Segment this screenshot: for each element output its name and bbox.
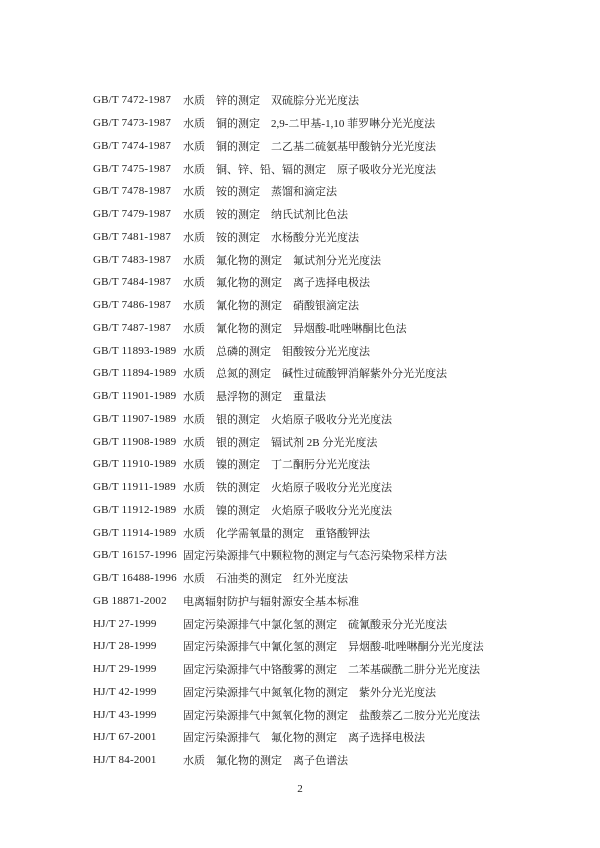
standard-code: HJ/T 84-2001 — [93, 754, 183, 766]
standard-code: GB/T 11893-1989 — [93, 345, 183, 357]
standard-description: 水质 铜、锌、铅、镉的测定 原子吸收分光光度法 — [183, 161, 570, 177]
standard-code: HJ/T 27-1999 — [93, 618, 183, 630]
standard-code: GB/T 11912-1989 — [93, 504, 183, 516]
standard-code: GB/T 7479-1987 — [93, 208, 183, 220]
table-row: GB/T 11894-1989水质 总氮的测定 碱性过硫酸钾消解紫外分光光度法 — [93, 362, 570, 385]
table-row: GB/T 7479-1987水质 铵的测定 纳氏试剂比色法 — [93, 203, 570, 226]
standard-code: GB/T 7486-1987 — [93, 299, 183, 311]
standard-code: GB/T 11908-1989 — [93, 436, 183, 448]
standard-description: 水质 总磷的测定 钼酸铵分光光度法 — [183, 343, 570, 359]
standard-description: 水质 氟化物的测定 离子选择电极法 — [183, 274, 570, 290]
standard-code: HJ/T 43-1999 — [93, 709, 183, 721]
standard-code: HJ/T 42-1999 — [93, 686, 183, 698]
standard-code: GB/T 11907-1989 — [93, 413, 183, 425]
standard-code: GB/T 7484-1987 — [93, 276, 183, 288]
standard-description: 水质 铵的测定 水杨酸分光光度法 — [183, 229, 570, 245]
table-row: HJ/T 43-1999固定污染源排气中氮氧化物的测定 盐酸萘乙二胺分光光度法 — [93, 703, 570, 726]
standard-code: GB/T 7487-1987 — [93, 322, 183, 334]
standard-description: 水质 铵的测定 纳氏试剂比色法 — [183, 206, 570, 222]
table-row: GB/T 7474-1987水质 铜的测定 二乙基二硫氨基甲酸钠分光光度法 — [93, 135, 570, 158]
standard-description: 水质 镍的测定 丁二酮肟分光光度法 — [183, 456, 570, 472]
standard-code: GB/T 7473-1987 — [93, 117, 183, 129]
standard-description: 水质 银的测定 镉试剂 2B 分光光度法 — [183, 434, 570, 450]
standard-code: GB 18871-2002 — [93, 595, 183, 607]
standard-code: GB/T 7478-1987 — [93, 185, 183, 197]
table-row: GB/T 7478-1987水质 铵的测定 蒸馏和滴定法 — [93, 180, 570, 203]
table-row: GB/T 11901-1989水质 悬浮物的测定 重量法 — [93, 385, 570, 408]
standard-description: 水质 铵的测定 蒸馏和滴定法 — [183, 183, 570, 199]
standard-description: 固定污染源排气 氟化物的测定 离子选择电极法 — [183, 729, 570, 745]
standard-description: 水质 化学需氧量的测定 重铬酸钾法 — [183, 525, 570, 541]
page-number: 2 — [0, 783, 600, 795]
table-row: HJ/T 27-1999固定污染源排气中氯化氢的测定 硫氰酸汞分光光度法 — [93, 612, 570, 635]
table-row: GB/T 7472-1987水质 锌的测定 双硫腙分光光度法 — [93, 89, 570, 112]
table-row: GB/T 7486-1987水质 氰化物的测定 硝酸银滴定法 — [93, 294, 570, 317]
standard-code: GB/T 11914-1989 — [93, 527, 183, 539]
table-row: GB/T 7484-1987水质 氟化物的测定 离子选择电极法 — [93, 271, 570, 294]
table-row: GB/T 7481-1987水质 铵的测定 水杨酸分光光度法 — [93, 226, 570, 249]
standard-description: 水质 氰化物的测定 异烟酸-吡唑啉酮比色法 — [183, 320, 570, 336]
standard-code: GB/T 7481-1987 — [93, 231, 183, 243]
table-row: HJ/T 28-1999固定污染源排气中氰化氢的测定 异烟酸-吡唑啉酮分光光度法 — [93, 635, 570, 658]
standard-description: 固定污染源排气中颗粒物的测定与气态污染物采样方法 — [183, 547, 570, 563]
standard-code: GB/T 7475-1987 — [93, 163, 183, 175]
table-row: GB/T 11908-1989水质 银的测定 镉试剂 2B 分光光度法 — [93, 430, 570, 453]
standard-code: GB/T 7483-1987 — [93, 254, 183, 266]
standard-description: 水质 锌的测定 双硫腙分光光度法 — [183, 92, 570, 108]
standard-description: 电离辐射防护与辐射源安全基本标准 — [183, 593, 570, 609]
table-row: GB/T 11907-1989水质 银的测定 火焰原子吸收分光光度法 — [93, 408, 570, 431]
standard-description: 固定污染源排气中氯化氢的测定 硫氰酸汞分光光度法 — [183, 616, 570, 632]
standard-code: GB/T 7474-1987 — [93, 140, 183, 152]
standard-code: GB/T 11910-1989 — [93, 458, 183, 470]
table-row: GB/T 11914-1989水质 化学需氧量的测定 重铬酸钾法 — [93, 521, 570, 544]
standard-code: GB/T 7472-1987 — [93, 94, 183, 106]
standard-description: 水质 镍的测定 火焰原子吸收分光光度法 — [183, 502, 570, 518]
standard-description: 水质 银的测定 火焰原子吸收分光光度法 — [183, 411, 570, 427]
table-row: HJ/T 67-2001固定污染源排气 氟化物的测定 离子选择电极法 — [93, 726, 570, 749]
standard-description: 水质 悬浮物的测定 重量法 — [183, 388, 570, 404]
table-row: HJ/T 42-1999固定污染源排气中氮氧化物的测定 紫外分光光度法 — [93, 681, 570, 704]
standards-list: GB/T 7472-1987水质 锌的测定 双硫腙分光光度法GB/T 7473-… — [93, 89, 570, 772]
standard-code: HJ/T 29-1999 — [93, 663, 183, 675]
table-row: GB 18871-2002电离辐射防护与辐射源安全基本标准 — [93, 590, 570, 613]
table-row: GB/T 11912-1989水质 镍的测定 火焰原子吸收分光光度法 — [93, 499, 570, 522]
standard-description: 水质 氰化物的测定 硝酸银滴定法 — [183, 297, 570, 313]
standard-code: GB/T 16157-1996 — [93, 549, 183, 561]
table-row: GB/T 16157-1996固定污染源排气中颗粒物的测定与气态污染物采样方法 — [93, 544, 570, 567]
table-row: GB/T 7483-1987水质 氟化物的测定 氟试剂分光光度法 — [93, 248, 570, 271]
document-page: GB/T 7472-1987水质 锌的测定 双硫腙分光光度法GB/T 7473-… — [0, 0, 600, 848]
standard-description: 水质 总氮的测定 碱性过硫酸钾消解紫外分光光度法 — [183, 365, 570, 381]
table-row: GB/T 11893-1989水质 总磷的测定 钼酸铵分光光度法 — [93, 339, 570, 362]
standard-code: GB/T 11894-1989 — [93, 367, 183, 379]
table-row: GB/T 7487-1987水质 氰化物的测定 异烟酸-吡唑啉酮比色法 — [93, 317, 570, 340]
table-row: GB/T 11910-1989水质 镍的测定 丁二酮肟分光光度法 — [93, 453, 570, 476]
table-row: HJ/T 84-2001水质 氟化物的测定 离子色谱法 — [93, 749, 570, 772]
table-row: GB/T 16488-1996水质 石油类的测定 红外光度法 — [93, 567, 570, 590]
standard-description: 固定污染源排气中氰化氢的测定 异烟酸-吡唑啉酮分光光度法 — [183, 638, 570, 654]
standard-code: GB/T 11911-1989 — [93, 481, 183, 493]
standard-description: 固定污染源排气中氮氧化物的测定 盐酸萘乙二胺分光光度法 — [183, 707, 570, 723]
standard-description: 水质 氟化物的测定 离子色谱法 — [183, 752, 570, 768]
standard-description: 水质 铁的测定 火焰原子吸收分光光度法 — [183, 479, 570, 495]
standard-description: 水质 石油类的测定 红外光度法 — [183, 570, 570, 586]
standard-code: HJ/T 28-1999 — [93, 640, 183, 652]
table-row: GB/T 7475-1987水质 铜、锌、铅、镉的测定 原子吸收分光光度法 — [93, 157, 570, 180]
standard-description: 水质 铜的测定 二乙基二硫氨基甲酸钠分光光度法 — [183, 138, 570, 154]
table-row: HJ/T 29-1999固定污染源排气中铬酸雾的测定 二苯基碳酰二肼分光光度法 — [93, 658, 570, 681]
standard-description: 固定污染源排气中氮氧化物的测定 紫外分光光度法 — [183, 684, 570, 700]
standard-code: GB/T 16488-1996 — [93, 572, 183, 584]
standard-description: 固定污染源排气中铬酸雾的测定 二苯基碳酰二肼分光光度法 — [183, 661, 570, 677]
table-row: GB/T 11911-1989水质 铁的测定 火焰原子吸收分光光度法 — [93, 476, 570, 499]
standard-code: HJ/T 67-2001 — [93, 731, 183, 743]
standard-code: GB/T 11901-1989 — [93, 390, 183, 402]
table-row: GB/T 7473-1987水质 铜的测定 2,9-二甲基-1,10 菲罗啉分光… — [93, 112, 570, 135]
standard-description: 水质 氟化物的测定 氟试剂分光光度法 — [183, 252, 570, 268]
standard-description: 水质 铜的测定 2,9-二甲基-1,10 菲罗啉分光光度法 — [183, 115, 570, 131]
